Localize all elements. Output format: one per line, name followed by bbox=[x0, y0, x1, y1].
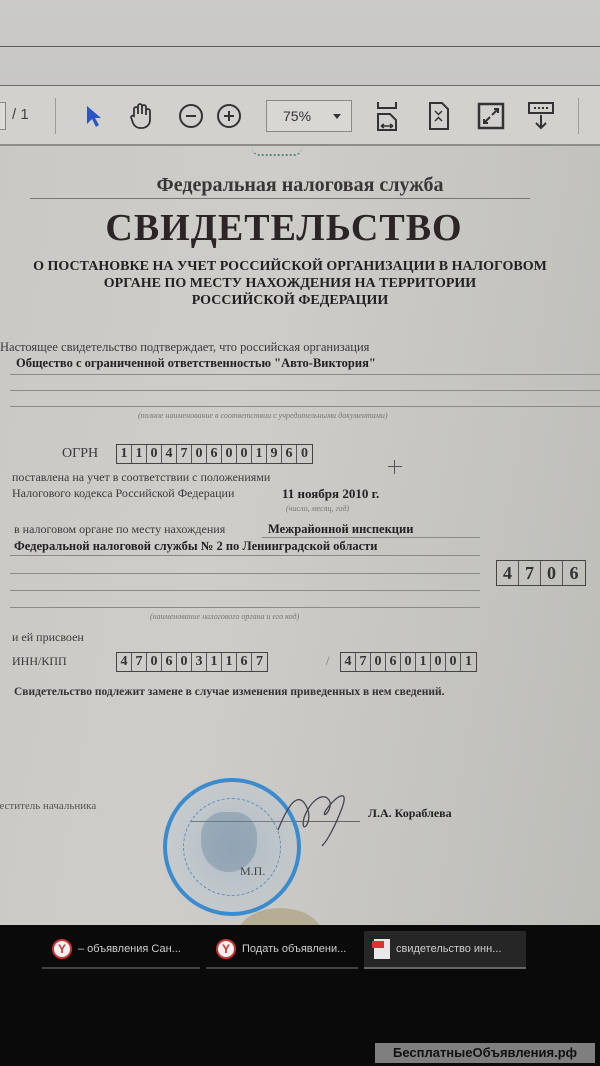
signer-position: Заместитель начальника bbox=[0, 800, 96, 812]
certificate-title: СВИДЕТЕЛЬСТВО bbox=[0, 206, 568, 250]
ogrn-label: ОГРН bbox=[62, 446, 98, 462]
registered-line2: Налогового кодекса Российской Федерации bbox=[12, 486, 234, 501]
date-hint: (число, месяц, год) bbox=[286, 504, 349, 513]
taskbar-tab-2[interactable]: Подать объявлени... bbox=[206, 931, 358, 969]
pdf-toolbar: / 1 75% bbox=[0, 86, 600, 146]
digit-cell: 0 bbox=[237, 445, 252, 463]
inn-kpp-label: ИНН/КПП bbox=[12, 654, 67, 669]
crosshair-cursor-icon bbox=[388, 460, 402, 474]
zoom-level-value: 75% bbox=[283, 108, 311, 124]
digit-cell: 0 bbox=[371, 653, 386, 671]
digit-cell: 6 bbox=[162, 653, 177, 671]
replacement-notice: Свидетельство подлежит замене в случае и… bbox=[14, 686, 444, 698]
yandex-browser-icon bbox=[52, 939, 72, 959]
digit-cell: 7 bbox=[132, 653, 147, 671]
digit-cell: 0 bbox=[147, 445, 162, 463]
select-arrow-icon[interactable] bbox=[78, 100, 108, 132]
page-number-input[interactable] bbox=[0, 102, 6, 130]
authority-line1: Межрайонной инспекции bbox=[268, 522, 413, 537]
digit-cell: 1 bbox=[222, 653, 237, 671]
digit-cell: 4 bbox=[117, 653, 132, 671]
digit-cell: 9 bbox=[267, 445, 282, 463]
digit-cell: 3 bbox=[192, 653, 207, 671]
page-total: / 1 bbox=[12, 106, 29, 123]
agency-name: Федеральная налоговая служба bbox=[0, 174, 600, 197]
organization-name: Общество с ограниченной ответственностью… bbox=[16, 356, 376, 371]
chevron-down-icon bbox=[333, 114, 341, 119]
digit-cell: 1 bbox=[252, 445, 267, 463]
fullscreen-icon[interactable] bbox=[476, 100, 506, 132]
digit-cell: 7 bbox=[177, 445, 192, 463]
digit-cell: 0 bbox=[401, 653, 416, 671]
digit-cell: 4 bbox=[497, 561, 519, 585]
taskbar-tab-1[interactable]: – объявления Сан... bbox=[42, 931, 200, 969]
signature bbox=[270, 780, 360, 850]
hand-tool-icon[interactable] bbox=[126, 100, 156, 132]
digit-cell: 1 bbox=[132, 445, 147, 463]
kpp-cells: 470601001 bbox=[340, 652, 477, 672]
digit-cell: 7 bbox=[519, 561, 541, 585]
authority-intro: в налоговом органе по месту нахождения bbox=[14, 522, 225, 537]
pdf-file-icon bbox=[374, 939, 390, 959]
digit-cell: 0 bbox=[192, 445, 207, 463]
authority-line2: Федеральной налоговой службы № 2 по Лени… bbox=[14, 539, 377, 554]
digit-cell: 0 bbox=[147, 653, 162, 671]
digit-cell: 7 bbox=[356, 653, 371, 671]
digit-cell: 6 bbox=[207, 445, 222, 463]
yandex-browser-icon bbox=[216, 939, 236, 959]
coat-of-arms-icon bbox=[201, 812, 257, 872]
digit-cell: 6 bbox=[282, 445, 297, 463]
digit-cell: 1 bbox=[117, 445, 132, 463]
ogrn-cells: 1104706001960 bbox=[116, 444, 313, 464]
taskbar-tab-3[interactable]: свидетельство инн... bbox=[364, 931, 526, 969]
read-mode-icon[interactable] bbox=[526, 100, 556, 132]
window-top-strip bbox=[0, 0, 600, 86]
monitor-screen: / 1 75% Феде bbox=[0, 0, 600, 930]
authority-hint: (наименование налогового органа и его ко… bbox=[150, 612, 299, 621]
emblem-icon bbox=[252, 148, 302, 156]
organization-hint: (полное наименование в соответствии с уч… bbox=[138, 411, 388, 420]
inn-cells: 4706031167 bbox=[116, 652, 268, 672]
digit-cell: 1 bbox=[461, 653, 476, 671]
intro-text: Настоящее свидетельство подтверждает, чт… bbox=[0, 340, 369, 355]
registration-date: 11 ноября 2010 г. bbox=[282, 486, 379, 502]
digit-cell: 0 bbox=[177, 653, 192, 671]
zoom-in-icon[interactable] bbox=[214, 100, 244, 132]
digit-cell: 1 bbox=[207, 653, 222, 671]
inn-kpp-separator: / bbox=[326, 654, 329, 669]
stamp-place-label: М.П. bbox=[240, 864, 265, 879]
digit-cell: 0 bbox=[446, 653, 461, 671]
certificate-subtitle: О ПОСТАНОВКЕ НА УЧЕТ РОССИЙСКОЙ ОРГАНИЗА… bbox=[10, 258, 570, 309]
digit-cell: 0 bbox=[541, 561, 563, 585]
certificate-document: Федеральная налоговая служба СВИДЕТЕЛЬСТ… bbox=[0, 148, 600, 930]
digit-cell: 0 bbox=[431, 653, 446, 671]
toolbar-separator bbox=[55, 98, 56, 134]
digit-cell: 6 bbox=[563, 561, 585, 585]
assigned-text: и ей присвоен bbox=[12, 630, 84, 645]
digit-cell: 1 bbox=[416, 653, 431, 671]
zoom-level-select[interactable]: 75% bbox=[266, 100, 352, 132]
zoom-out-icon[interactable] bbox=[176, 100, 206, 132]
digit-cell: 0 bbox=[222, 445, 237, 463]
digit-cell: 0 bbox=[297, 445, 312, 463]
watermark: БесплатныеОбъявления.рф bbox=[375, 1043, 595, 1063]
registered-line1: поставлена на учет в соответствии с поло… bbox=[12, 470, 270, 485]
digit-cell: 4 bbox=[162, 445, 177, 463]
digit-cell: 6 bbox=[386, 653, 401, 671]
digit-cell: 7 bbox=[252, 653, 267, 671]
fit-page-icon[interactable] bbox=[372, 100, 402, 132]
rotate-page-icon[interactable] bbox=[424, 100, 454, 132]
signer-name: Л.А. Кораблева bbox=[368, 806, 452, 821]
digit-cell: 6 bbox=[237, 653, 252, 671]
digit-cell: 4 bbox=[341, 653, 356, 671]
toolbar-separator bbox=[578, 98, 579, 134]
authority-code-cells: 4706 bbox=[496, 560, 586, 586]
